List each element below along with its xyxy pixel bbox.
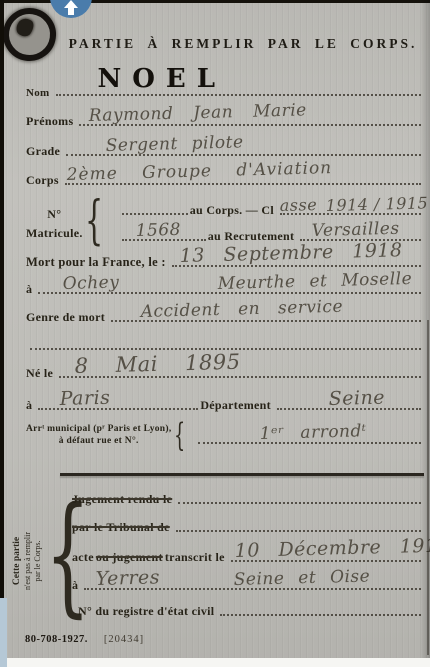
mort-field-row: Mort pour la France, le : 13 Septembre 1… bbox=[26, 245, 423, 271]
nom-field-row: Nom NOEL bbox=[26, 70, 423, 100]
print-code: 80-708-1927. bbox=[25, 634, 88, 645]
mort-dotted-line: 13 Septembre 1918 bbox=[172, 262, 421, 267]
matricule-block: N° Matricule. { au Corps. — Cl asse 1914… bbox=[26, 193, 423, 245]
arrondissement-dotted-line: 1ᵉʳ arrondᵗ bbox=[198, 439, 421, 444]
acte-label-struck: ou jugement bbox=[96, 550, 163, 565]
mort-lieu-value: Ochey bbox=[63, 273, 120, 294]
registre-dotted-line bbox=[220, 611, 421, 616]
arrondissement-row: Arrᵗ municipal (pʳ Paris et Lyon), à déf… bbox=[26, 420, 423, 448]
matricule-number-value: 1568 bbox=[135, 220, 181, 241]
corps-dotted-line: 2ème Groupe d'Aviation bbox=[65, 180, 421, 185]
tribunal-row: par le Tribunal de bbox=[72, 510, 423, 536]
up-arrow-icon bbox=[50, 0, 92, 15]
jugement-dotted-line bbox=[178, 499, 421, 504]
matricule-brace: { bbox=[85, 195, 103, 247]
au-corps-label: au Corps. — Cl bbox=[190, 203, 274, 218]
matricule-number-line: 1568 bbox=[122, 236, 206, 241]
ne-a-label: à bbox=[26, 398, 32, 413]
mort-departement-value: Meurthe et Moselle bbox=[218, 269, 413, 294]
ne-dotted-line: 8 Mai 1895 bbox=[59, 373, 421, 378]
corps-value: 2ème Groupe d'Aviation bbox=[66, 158, 332, 185]
matricule-lines: au Corps. — Cl asse 1914 / 1915 1568 au … bbox=[118, 193, 423, 245]
print-code-row: 80-708-1927. [20434] bbox=[25, 634, 144, 645]
mort-a-label: à bbox=[26, 282, 32, 297]
ne-lieu-dotted-line: Paris bbox=[38, 405, 198, 410]
side-note-line2: n'est pas à remplir bbox=[23, 505, 33, 617]
scan-right-edge-line bbox=[427, 320, 429, 655]
document-title: PARTIE À REMPLIR PAR LE CORPS. bbox=[64, 36, 422, 52]
registre-row: N° du registre d'état civil bbox=[78, 598, 423, 620]
classe-years-value: 1914 / 1915 bbox=[325, 193, 428, 215]
arrondissement-brace: { bbox=[174, 419, 185, 451]
grade-label: Grade bbox=[26, 144, 60, 159]
registre-label: N° du registre d'état civil bbox=[78, 604, 214, 619]
transcription-date-value: 10 Décembre 1919 bbox=[234, 534, 430, 562]
grade-field-row: Grade Sergent pilote bbox=[26, 136, 423, 160]
transcription-lieu-dotted-line: Yerres Seine et Oise bbox=[84, 585, 421, 590]
jugement-row: Jugement rendu le bbox=[72, 482, 423, 508]
arrondissement-label-line2: à défaut rue et N°. bbox=[59, 436, 139, 448]
recrutement-value: Versailles bbox=[312, 219, 400, 241]
ne-departement-value: Seine bbox=[328, 387, 385, 410]
matricule-word-label: Matricule. bbox=[26, 224, 83, 243]
jugement-label: Jugement rendu le bbox=[72, 492, 172, 507]
transcription-dotted-line: 10 Décembre 1919 bbox=[231, 557, 421, 562]
prenoms-value: Raymond Jean Marie bbox=[89, 100, 308, 126]
grade-dotted-line: Sergent pilote bbox=[66, 151, 421, 156]
acte-label-end: transcrit le bbox=[165, 550, 225, 565]
matricule-corps-row: au Corps. — Cl asse 1914 / 1915 bbox=[118, 193, 423, 219]
mort-lieu-row: à Ochey Meurthe et Moselle bbox=[26, 272, 423, 298]
ink-stamp-blob bbox=[13, 15, 36, 39]
genre-field-row: Genre de mort Accident en service bbox=[26, 300, 423, 326]
print-reference: [20434] bbox=[104, 634, 144, 645]
transcription-departement-value: Seine et Oise bbox=[234, 566, 371, 590]
arrondissement-label-line1: Arrᵗ municipal (pʳ Paris et Lyon), bbox=[26, 424, 172, 436]
tribunal-dotted-line bbox=[176, 527, 421, 532]
genre-dotted-line: Accident en service bbox=[111, 317, 421, 322]
transcrit-a-label: à bbox=[72, 578, 78, 593]
scan-viewport: PARTIE À REMPLIR PAR LE CORPS. Nom NOEL … bbox=[0, 0, 430, 667]
prenoms-label: Prénoms bbox=[26, 114, 73, 129]
prenoms-field-row: Prénoms Raymond Jean Marie bbox=[26, 106, 423, 130]
section-divider bbox=[60, 473, 424, 476]
nom-value: NOEL bbox=[98, 64, 227, 94]
mort-lieu-dotted-line: Ochey Meurthe et Moselle bbox=[38, 289, 421, 294]
acte-label-start: acte bbox=[72, 550, 94, 565]
genre-value: Accident en service bbox=[140, 297, 343, 322]
scan-left-edge bbox=[0, 0, 4, 600]
mort-date-value: 13 Septembre 1918 bbox=[179, 239, 402, 267]
tribunal-label: par le Tribunal de bbox=[72, 520, 170, 535]
ne-date-value: 8 Mai 1895 bbox=[75, 350, 241, 378]
ne-departement-dotted-line: Seine bbox=[277, 405, 421, 410]
classe-script-value: asse bbox=[279, 195, 317, 215]
scan-bottom-left-edge bbox=[0, 598, 7, 667]
grade-value: Sergent pilote bbox=[106, 132, 244, 156]
arrondissement-value: 1ᵉʳ arrondᵗ bbox=[259, 421, 366, 444]
transcription-row: acte ou jugement transcrit le 10 Décembr… bbox=[72, 538, 423, 566]
side-note-line1: Cette partie bbox=[12, 505, 23, 617]
corps-label: Corps bbox=[26, 173, 59, 188]
transcription-lieu-value: Yerres bbox=[96, 566, 161, 590]
classe-dotted-line: asse 1914 / 1915 bbox=[280, 210, 421, 215]
matricule-no-label: N° bbox=[47, 205, 61, 224]
corps-field-row: Corps 2ème Groupe d'Aviation bbox=[26, 163, 423, 189]
document-scan: PARTIE À REMPLIR PAR LE CORPS. Nom NOEL … bbox=[0, 0, 430, 667]
transcription-lieu-row: à Yerres Seine et Oise bbox=[72, 566, 423, 594]
nom-label: Nom bbox=[26, 87, 50, 99]
side-note-line3: par le Corps. bbox=[33, 505, 43, 617]
mort-label: Mort pour la France, le : bbox=[26, 255, 166, 270]
naissance-date-row: Né le 8 Mai 1895 bbox=[26, 352, 423, 382]
arrondissement-label: Arrᵗ municipal (pʳ Paris et Lyon), à déf… bbox=[26, 424, 172, 448]
scan-bottom-margin bbox=[0, 658, 430, 667]
matricule-label: N° Matricule. bbox=[26, 205, 83, 243]
matricule-lead-dots bbox=[122, 210, 188, 215]
nom-dotted-line: NOEL bbox=[56, 91, 421, 96]
ne-label: Né le bbox=[26, 366, 53, 381]
ne-lieu-value: Paris bbox=[60, 387, 111, 410]
genre-label: Genre de mort bbox=[26, 310, 105, 325]
naissance-lieu-row: à Paris Département Seine bbox=[26, 386, 423, 414]
prenoms-dotted-line: Raymond Jean Marie bbox=[79, 121, 421, 126]
departement-label: Département bbox=[200, 398, 271, 413]
